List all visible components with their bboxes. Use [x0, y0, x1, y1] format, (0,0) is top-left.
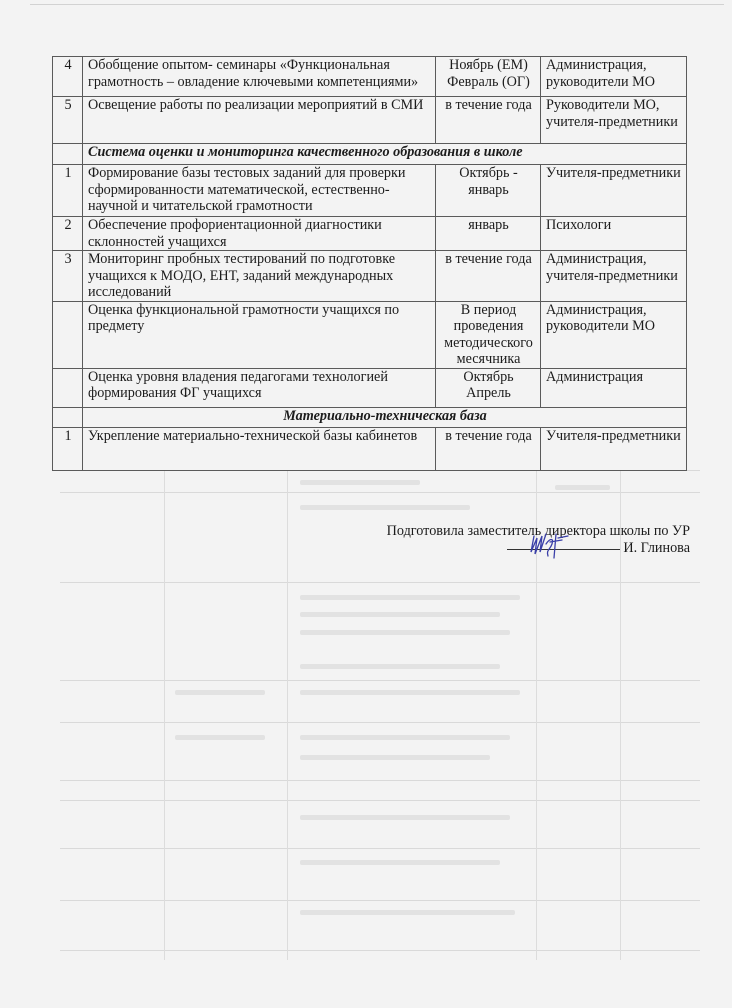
activity-cell: Оценка функциональной грамотности учащих… [83, 301, 436, 368]
plan-table-body: 4 Обобщение опытом- семинары «Функционал… [53, 57, 687, 471]
term-cell: в течение года [436, 427, 541, 470]
activity-cell: Обеспечение профориентационной диагности… [83, 217, 436, 251]
table-row: 4 Обобщение опытом- семинары «Функционал… [53, 57, 687, 97]
page-edge [30, 4, 724, 5]
row-number: 3 [53, 251, 83, 302]
signer-line: И. Глинова [330, 540, 690, 557]
section-title: Материально-техническая база [83, 407, 687, 427]
prepared-by-text: Подготовила заместитель директора школы … [330, 523, 690, 540]
row-number: 5 [53, 97, 83, 144]
responsible-cell: Учителя-предметники [541, 165, 687, 217]
row-number: 1 [53, 427, 83, 470]
section-number-cell [53, 407, 83, 427]
row-number: 2 [53, 217, 83, 251]
responsible-cell: Администрация, руководители МО [541, 301, 687, 368]
responsible-cell: Администрация, руководители МО [541, 57, 687, 97]
term-cell: Октябрь - январь [436, 165, 541, 217]
row-number [53, 301, 83, 368]
row-number [53, 368, 83, 407]
term-cell: в течение года [436, 251, 541, 302]
table-row: 5 Освещение работы по реализации меропри… [53, 97, 687, 144]
term-cell: в течение года [436, 97, 541, 144]
table-row: 2 Обеспечение профориентационной диагнос… [53, 217, 687, 251]
term-cell: январь [436, 217, 541, 251]
term-cell: Октябрь Апрель [436, 368, 541, 407]
row-number: 1 [53, 165, 83, 217]
table-row: 1 Укрепление материально-технической баз… [53, 427, 687, 470]
plan-table: 4 Обобщение опытом- семинары «Функционал… [52, 56, 687, 471]
section-title: Система оценки и мониторинга качественно… [83, 144, 687, 165]
row-number: 4 [53, 57, 83, 97]
activity-cell: Укрепление материально-технической базы … [83, 427, 436, 470]
responsible-cell: Учителя-предметники [541, 427, 687, 470]
responsible-cell: Администрация [541, 368, 687, 407]
handwritten-signature-icon [528, 530, 574, 560]
table-row: 3 Мониторинг пробных тестирований по под… [53, 251, 687, 302]
section-number-cell [53, 144, 83, 165]
term-cell: Ноябрь (ЕМ) Февраль (ОГ) [436, 57, 541, 97]
table-row: Оценка функциональной грамотности учащих… [53, 301, 687, 368]
table-row: Оценка уровня владения педагогами технол… [53, 368, 687, 407]
term-cell: В период проведения методического месячн… [436, 301, 541, 368]
activity-cell: Оценка уровня владения педагогами технол… [83, 368, 436, 407]
signer-name: И. Глинова [623, 540, 690, 556]
activity-cell: Освещение работы по реализации мероприят… [83, 97, 436, 144]
table-row: 1 Формирование базы тестовых заданий для… [53, 165, 687, 217]
responsible-cell: Психологи [541, 217, 687, 251]
signature-block: Подготовила заместитель директора школы … [330, 523, 690, 557]
activity-cell: Мониторинг пробных тестирований по подго… [83, 251, 436, 302]
activity-cell: Формирование базы тестовых заданий для п… [83, 165, 436, 217]
responsible-cell: Руководители МО, учителя-предметники [541, 97, 687, 144]
section-header-row: Материально-техническая база [53, 407, 687, 427]
section-header-row: Система оценки и мониторинга качественно… [53, 144, 687, 165]
activity-cell: Обобщение опытом- семинары «Функциональн… [83, 57, 436, 97]
responsible-cell: Администрация, учителя-предметники [541, 251, 687, 302]
